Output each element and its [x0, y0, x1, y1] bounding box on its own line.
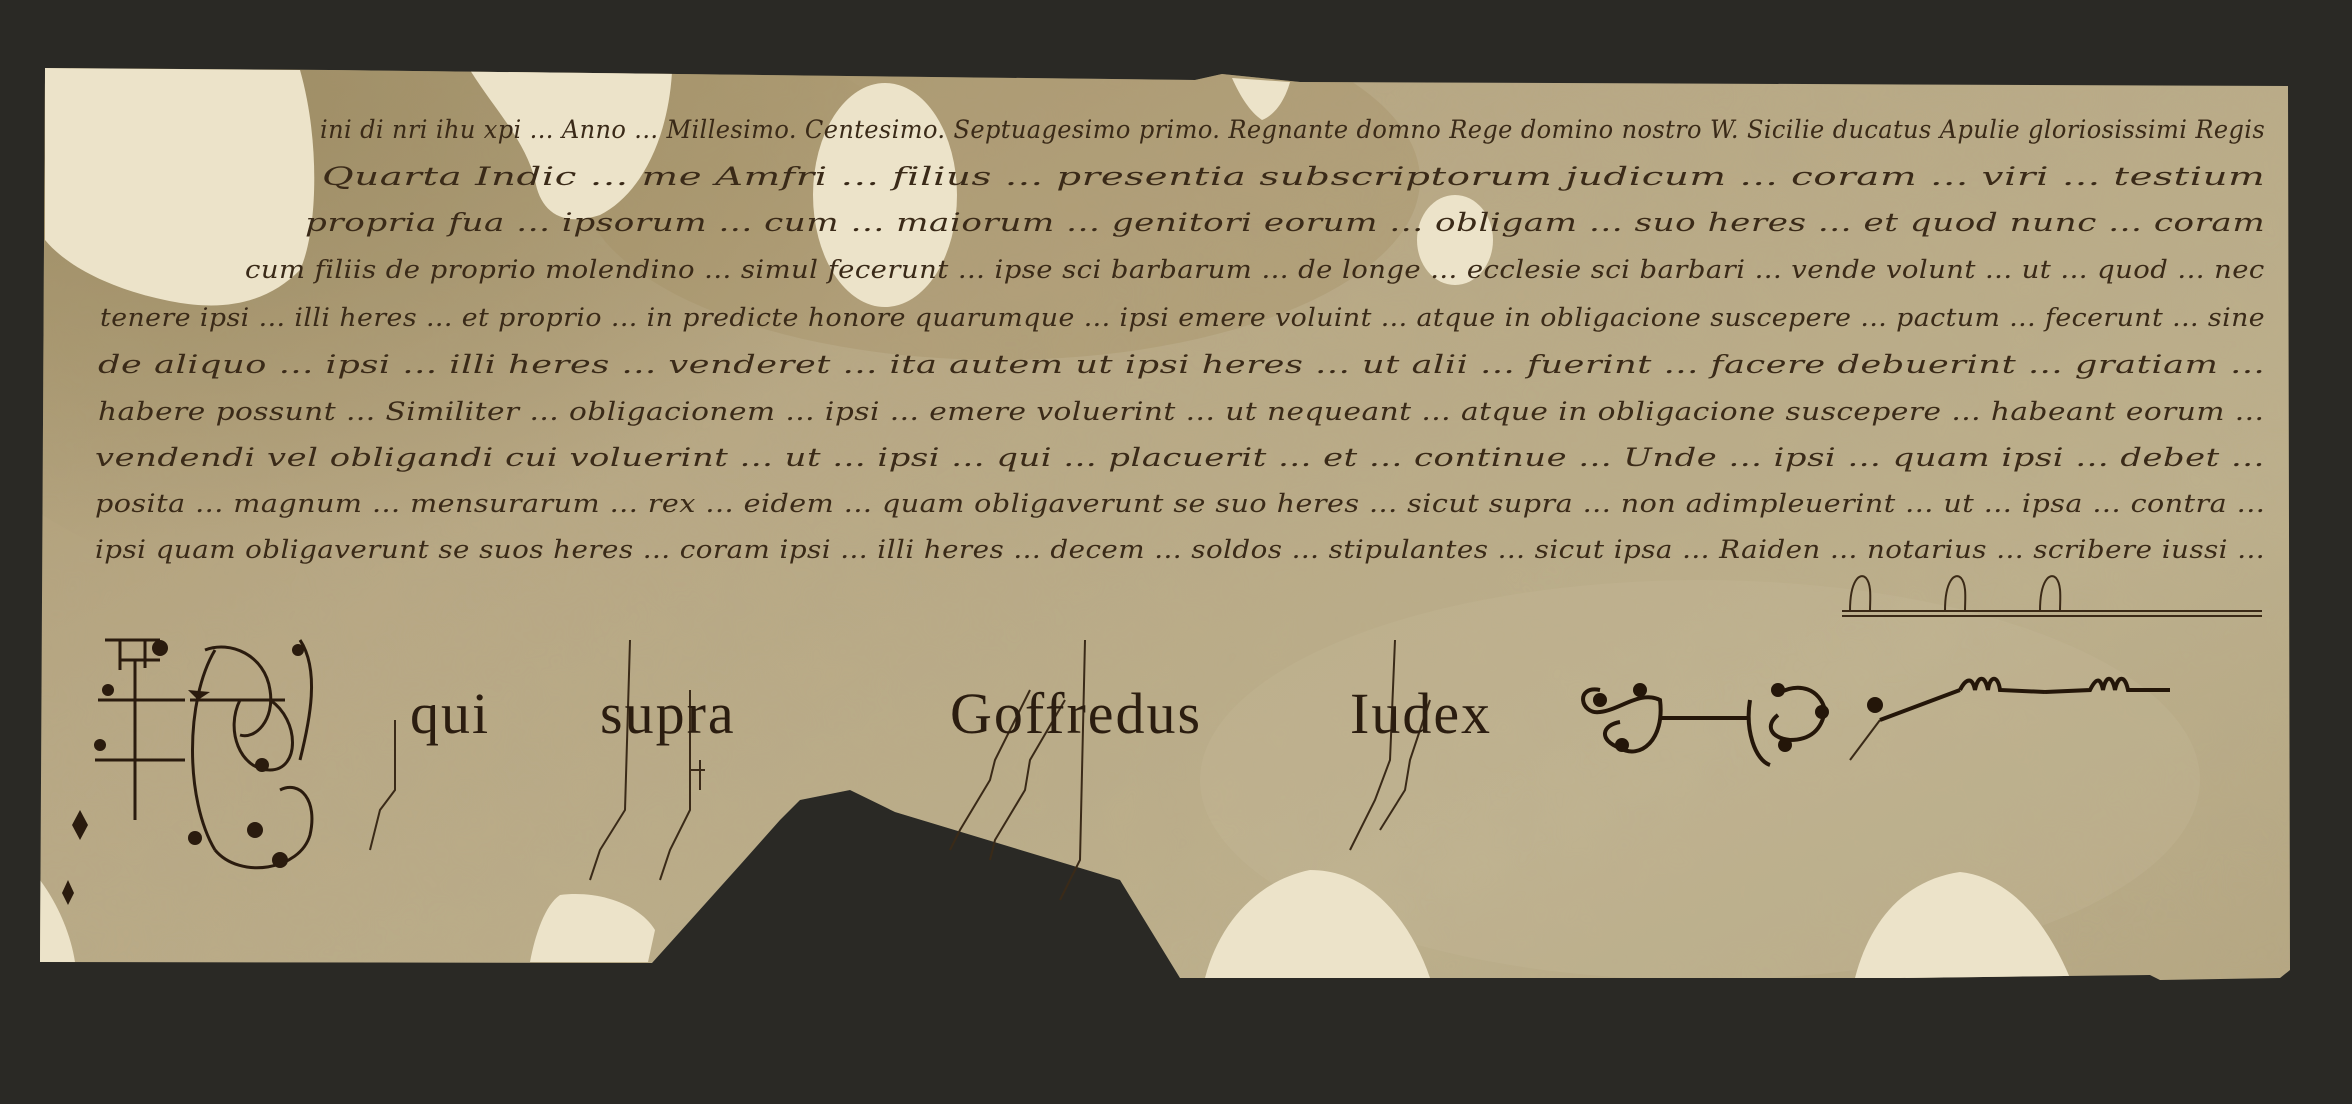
- signature-word-name: Goffredus: [950, 680, 1202, 747]
- text-line-6: de aliquo ... ipsi ... illi heres ... ve…: [98, 350, 2265, 379]
- signature-word-supra: supra: [600, 680, 736, 747]
- text-line-9: posita ... magnum ... mensurarum ... rex…: [95, 489, 2265, 518]
- text-line-8: vendendi vel obligandi cui voluerint ...…: [95, 443, 2265, 472]
- document-viewer: ini di nri ihu xpi ... Anno ... Millesim…: [0, 0, 2352, 1104]
- text-line-2: Quarta Indic ... me Amfri ... filius ...…: [322, 162, 2265, 191]
- signature-word-iudex: Iudex: [1350, 680, 1492, 747]
- text-line-7: habere possunt ... Similiter ... obligac…: [98, 397, 2264, 426]
- text-line-10: ipsi quam obligaverunt se suos heres ...…: [95, 535, 2265, 564]
- text-line-1: ini di nri ihu xpi ... Anno ... Millesim…: [320, 115, 2265, 144]
- text-line-4: cum filiis de proprio molendino ... simu…: [245, 255, 2265, 284]
- text-line-5: tenere ipsi ... illi heres ... et propri…: [100, 303, 2265, 332]
- text-line-3: propria fua ... ipsorum ... cum ... maio…: [305, 208, 2265, 237]
- signature-word-qui: qui: [410, 680, 490, 747]
